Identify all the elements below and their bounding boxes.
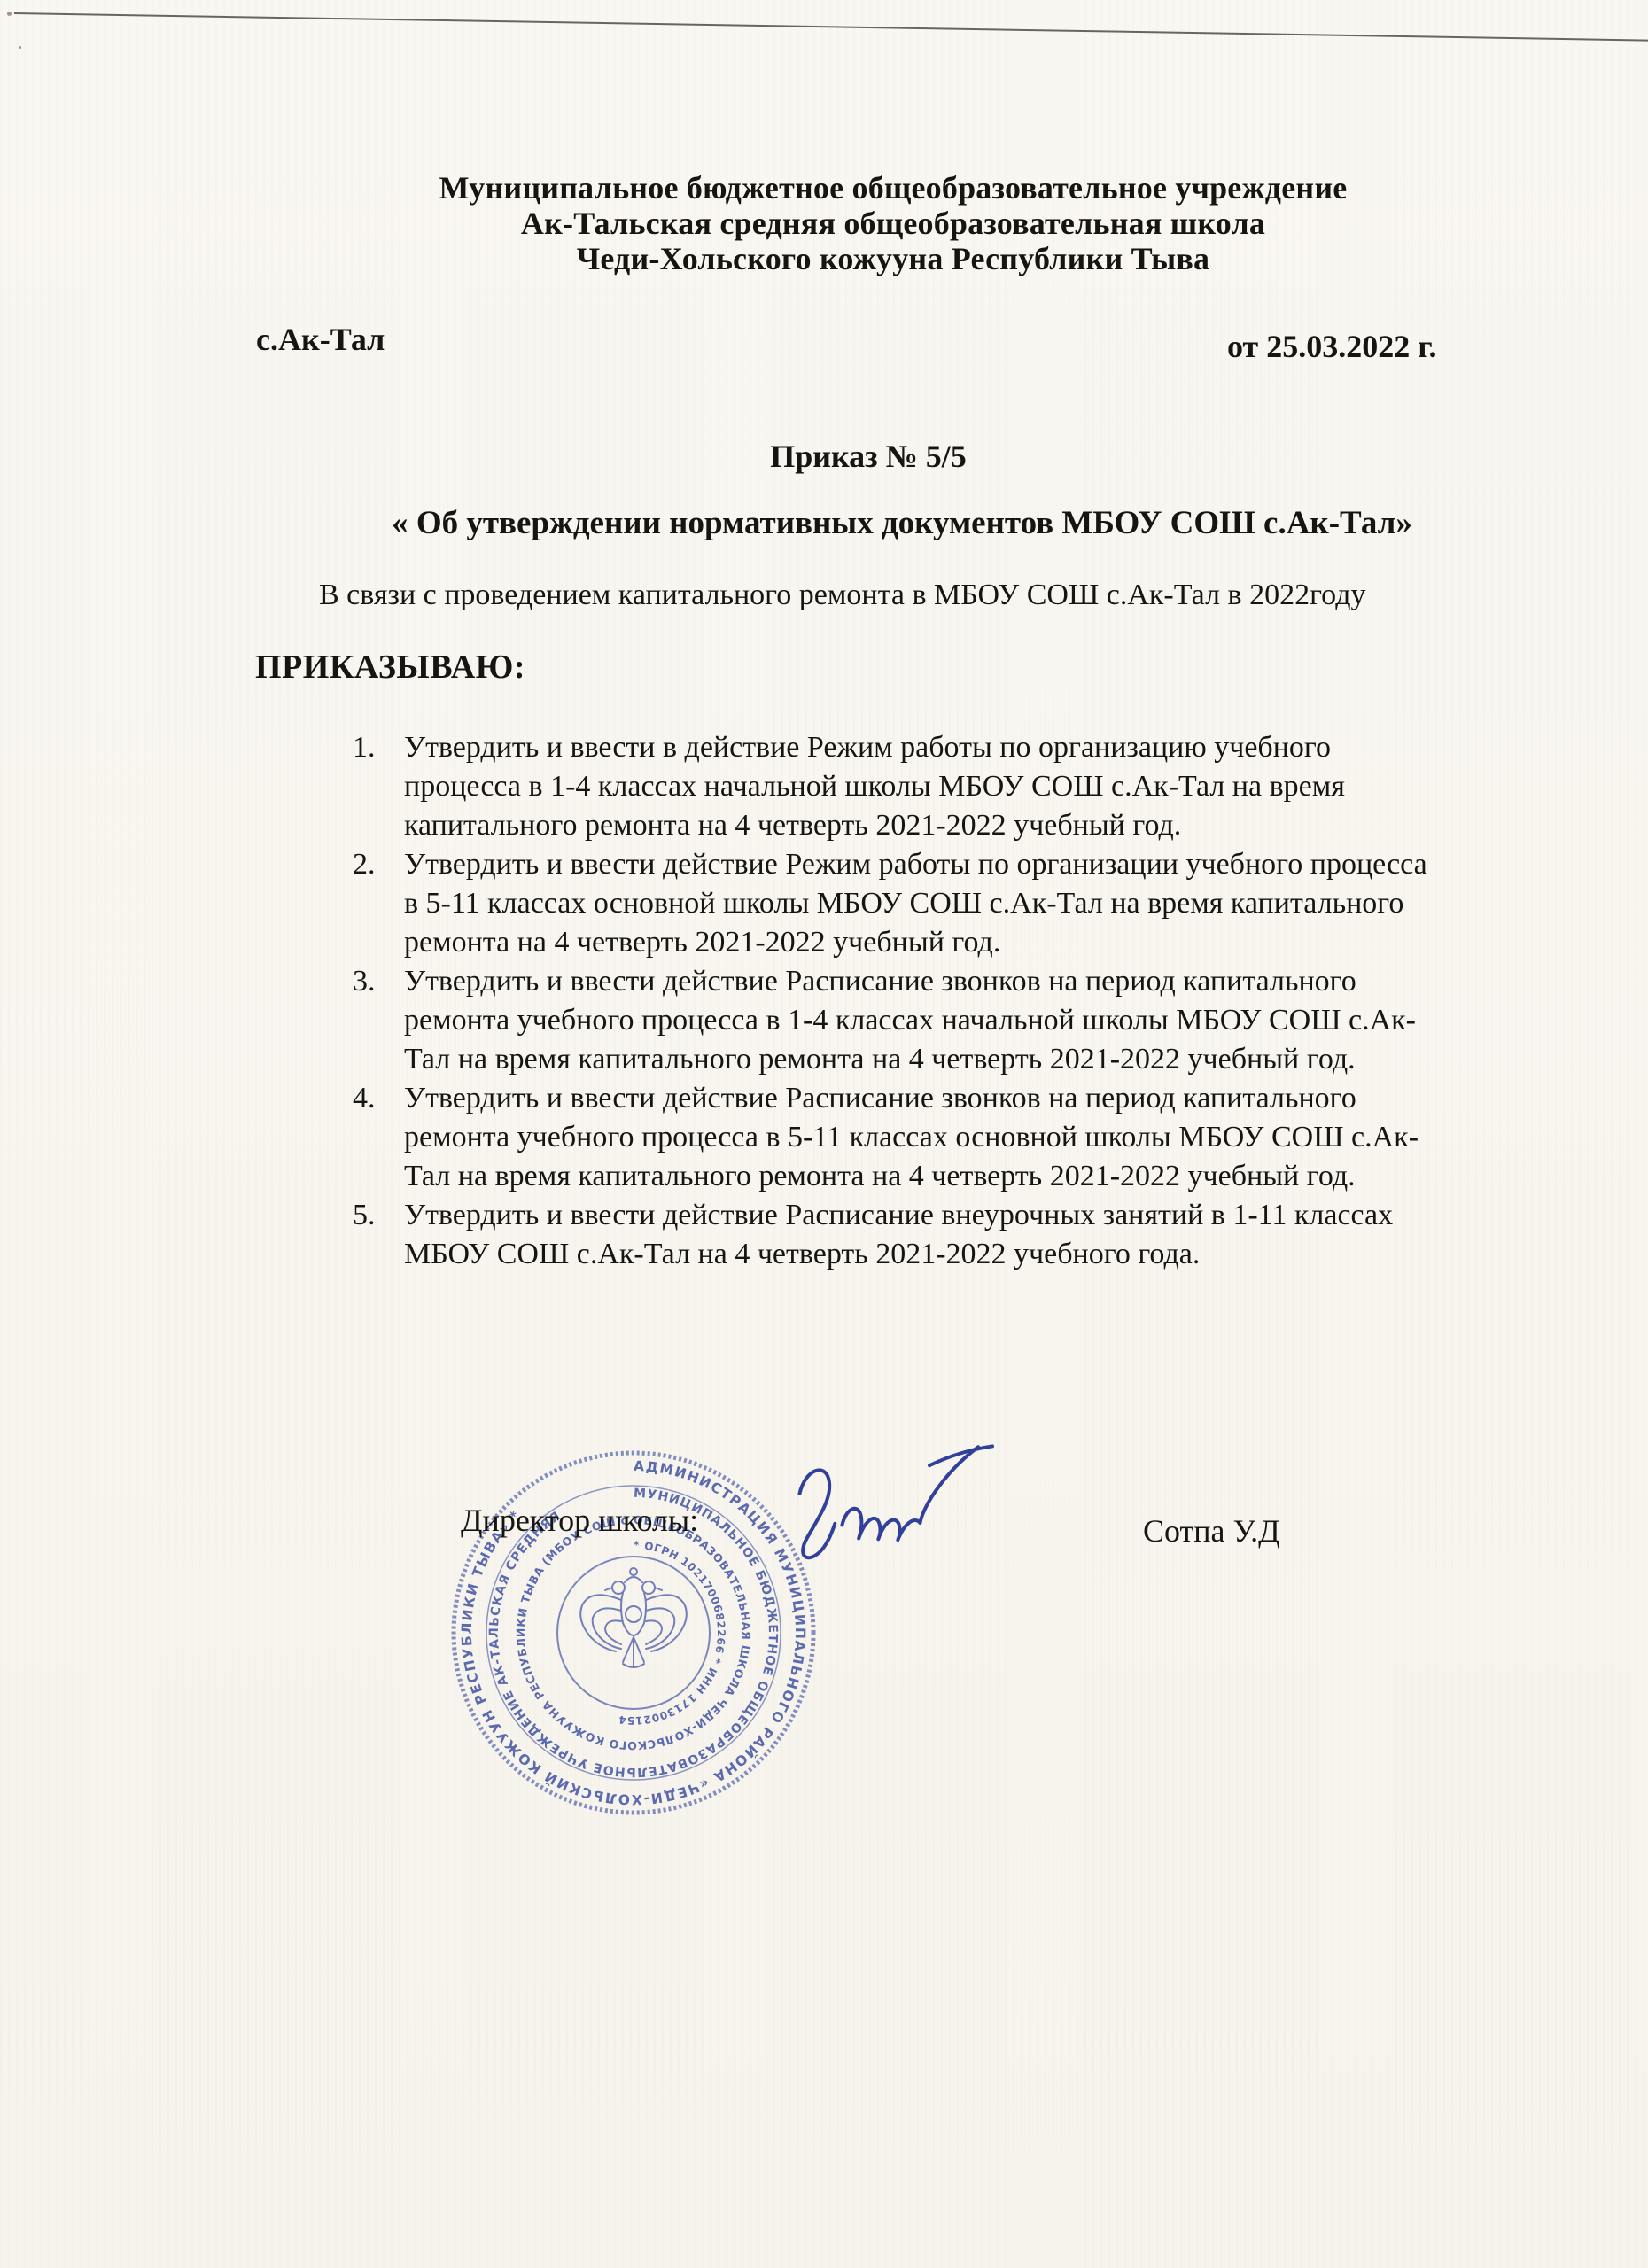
stamp-inner-circle [557,1557,710,1709]
item-number: 2. [353,845,404,962]
directive-word: ПРИКАЗЫВАЮ: [255,648,525,687]
double-headed-eagle-emblem [580,1568,687,1667]
list-item: 3. Утвердить и ввести действие Расписани… [353,962,1451,1079]
scan-edge-line [14,12,1648,43]
list-item: 2. Утвердить и ввести действие Режим раб… [353,845,1451,962]
place-label: с.Ак-Тал [256,321,385,358]
order-preamble: В связи с проведением капитального ремон… [319,579,1559,612]
item-text: Утвердить и ввести действие Расписание з… [404,1079,1442,1196]
org-header-line1: Муниципальное бюджетное общеобразователь… [69,170,1648,206]
order-subject: « Об утверждении нормативных документов … [78,504,1648,542]
item-number: 1. [353,728,404,845]
item-text: Утвердить и ввести в действие Режим рабо… [404,728,1442,845]
item-number: 5. [353,1196,404,1274]
director-signature [763,1430,1037,1603]
paper-speck [7,12,12,16]
list-item: 1. Утвердить и ввести в действие Режим р… [353,728,1451,845]
list-item: 4. Утвердить и ввести действие Расписани… [353,1079,1451,1196]
item-text: Утвердить и ввести действие Расписание з… [404,962,1442,1079]
paper-speck [19,46,21,49]
director-name: Сотпа У.Д [1143,1512,1280,1550]
item-number: 3. [353,962,404,1079]
item-text: Утвердить и ввести действие Режим работы… [404,845,1442,962]
list-item: 5. Утвердить и ввести действие Расписани… [353,1196,1451,1274]
order-title: Приказ № 5/5 [44,438,1648,475]
org-header-line2: Ак-Тальская средняя общеобразовательная … [69,206,1648,241]
order-items-list: 1. Утвердить и ввести в действие Режим р… [353,728,1451,1274]
scanned-order-page: Муниципальное бюджетное общеобразователь… [0,0,1648,2268]
org-header-line3: Чеди-Хольского кожууна Республики Тыва [69,241,1648,276]
organization-header: Муниципальное бюджетное общеобразователь… [69,170,1648,276]
director-label: Директор школы: [461,1502,698,1539]
item-text: Утвердить и ввести действие Расписание в… [404,1196,1442,1274]
order-date: от 25.03.2022 г. [1227,328,1437,365]
item-number: 4. [353,1079,404,1196]
